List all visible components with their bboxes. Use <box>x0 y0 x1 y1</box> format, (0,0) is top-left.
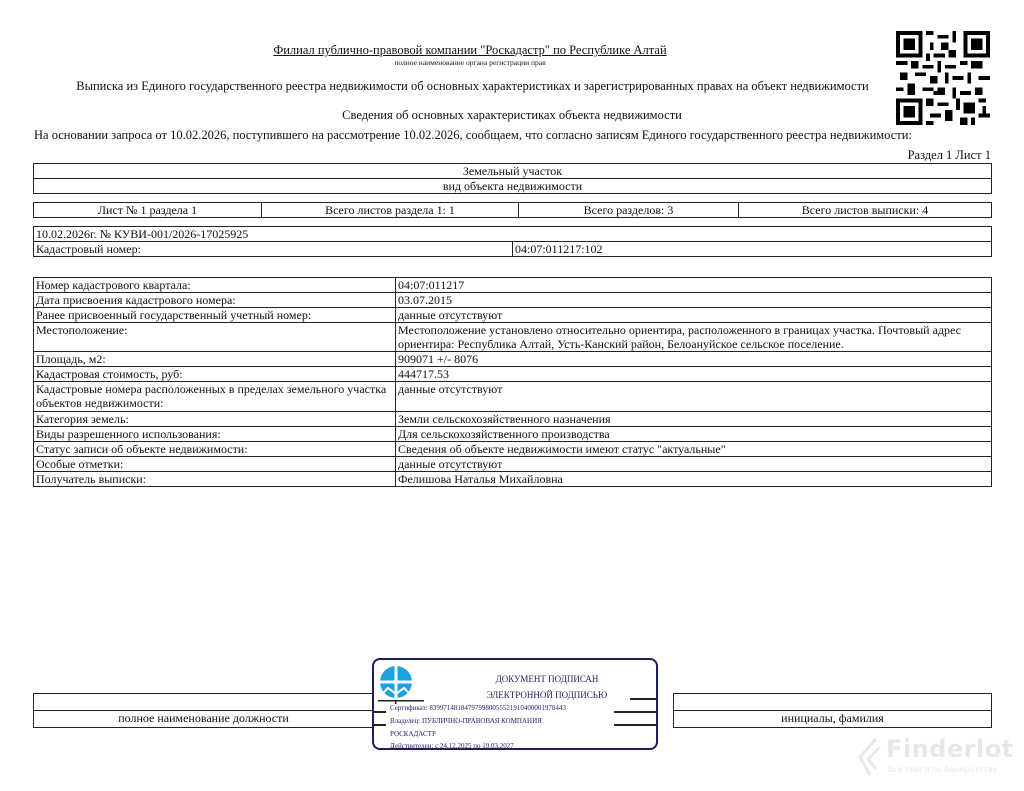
intro-text: На основании запроса от 10.02.2026, пост… <box>34 128 912 143</box>
table-row: Ранее присвоенный государственный учетны… <box>34 308 992 323</box>
row-label: Особые отметки: <box>34 457 396 472</box>
stamp-divider <box>372 724 386 726</box>
table-row: Виды разрешенного использования:Для сель… <box>34 427 992 442</box>
row-value: данные отсутствуют <box>396 382 992 412</box>
row-label: Виды разрешенного использования: <box>34 427 396 442</box>
stamp-owner-cont: РОСКАДАСТР <box>390 730 436 738</box>
name-field <box>674 694 992 711</box>
table-row: Местоположение:Местоположение установлен… <box>34 323 992 352</box>
row-value: данные отсутствуют <box>396 457 992 472</box>
row-label: Номер кадастрового квартала: <box>34 278 396 293</box>
watermark-tagline: Все торги по банкротству <box>888 765 998 774</box>
row-value: Местоположение установлено относительно … <box>396 323 992 352</box>
table-row: Номер кадастрового квартала:04:07:011217 <box>34 278 992 293</box>
row-value: 444717.53 <box>396 367 992 382</box>
object-type-value: Земельный участок <box>34 164 992 179</box>
row-label: Получатель выписки: <box>34 472 396 487</box>
table-row: Кадастровая стоимость, руб:444717.53 <box>34 367 992 382</box>
qr-code-icon <box>896 31 990 125</box>
characteristics-table: Номер кадастрового квартала:04:07:011217… <box>33 277 992 487</box>
row-value: 04:07:011217 <box>396 278 992 293</box>
organization-caption: полное наименование органа регистрации п… <box>0 58 940 67</box>
registration-number: 10.02.2026г. № КУВИ-001/2026-17025925 <box>34 227 992 242</box>
document-title: Выписка из Единого государственного реес… <box>0 79 945 94</box>
stamp-line-1: ДОКУМЕНТ ПОДПИСАН <box>374 674 660 684</box>
stamp-certificate: Сертификат: 8399714818479799800555219104… <box>390 704 566 712</box>
row-value: данные отсутствуют <box>396 308 992 323</box>
organization-name: Филиал публично-правовой компании "Роска… <box>0 43 940 58</box>
electronic-signature-stamp: ДОКУМЕНТ ПОДПИСАН ЭЛЕКТРОННОЙ ПОДПИСЬЮ С… <box>372 658 658 750</box>
table-row: Статус записи об объекте недвижимости:Св… <box>34 442 992 457</box>
row-label: Ранее присвоенный государственный учетны… <box>34 308 396 323</box>
row-value: 03.07.2015 <box>396 293 992 308</box>
row-value: Земли сельскохозяйственного назначения <box>396 412 992 427</box>
table-row: Получатель выписки:Фелишова Наталья Миха… <box>34 472 992 487</box>
stamp-owner: Владелец: ПУБЛИЧНО-ПРАВОВАЯ КОМПАНИЯ <box>390 717 542 725</box>
row-label: Кадастровые номера расположенных в преде… <box>34 382 396 412</box>
stamp-line-2: ЭЛЕКТРОННОЙ ПОДПИСЬЮ <box>374 690 660 700</box>
sheet-number: Лист № 1 раздела 1 <box>34 203 262 218</box>
finderlot-watermark: Finderlot Все торги по банкротству <box>856 733 1016 783</box>
watermark-brand: Finderlot <box>886 735 1014 763</box>
object-type-table: Земельный участок вид объекта недвижимос… <box>33 163 992 194</box>
section-sheets-total: Всего листов раздела 1: 1 <box>262 203 519 218</box>
row-label: Площадь, м2: <box>34 352 396 367</box>
finderlot-logo-icon <box>856 737 886 777</box>
position-caption: полное наименование должности <box>34 711 374 728</box>
table-row: Площадь, м2:909071 +/- 8076 <box>34 352 992 367</box>
stamp-divider <box>614 711 658 713</box>
row-value: Фелишова Наталья Михайловна <box>396 472 992 487</box>
section-title: Сведения об основных характеристиках объ… <box>0 108 1024 123</box>
table-row: Дата присвоения кадастрового номера:03.0… <box>34 293 992 308</box>
row-value: Для сельскохозяйственного производства <box>396 427 992 442</box>
table-row: Категория земель:Земли сельскохозяйствен… <box>34 412 992 427</box>
sheet-reference: Раздел 1 Лист 1 <box>908 148 991 163</box>
stamp-divider <box>614 724 658 726</box>
row-label: Дата присвоения кадастрового номера: <box>34 293 396 308</box>
row-label: Категория земель: <box>34 412 396 427</box>
position-field <box>34 694 374 711</box>
table-row: Особые отметки:данные отсутствуют <box>34 457 992 472</box>
sheets-info-table: Лист № 1 раздела 1 Всего листов раздела … <box>33 202 992 218</box>
row-value: 909071 +/- 8076 <box>396 352 992 367</box>
table-row: Кадастровые номера расположенных в преде… <box>34 382 992 412</box>
sections-total: Всего разделов: 3 <box>519 203 739 218</box>
extract-sheets-total: Всего листов выписки: 4 <box>739 203 992 218</box>
stamp-divider <box>630 698 658 700</box>
row-label: Статус записи об объекте недвижимости: <box>34 442 396 457</box>
row-value: Сведения об объекте недвижимости имеют с… <box>396 442 992 457</box>
row-label: Кадастровая стоимость, руб: <box>34 367 396 382</box>
stamp-validity: Действителен: с 24.12.2025 по 19.03.2027 <box>390 742 514 750</box>
object-type-caption: вид объекта недвижимости <box>34 179 992 194</box>
name-caption: инициалы, фамилия <box>674 711 992 728</box>
row-label: Местоположение: <box>34 323 396 352</box>
registration-table: 10.02.2026г. № КУВИ-001/2026-17025925 Ка… <box>33 226 992 257</box>
cadastral-number-value: 04:07:011217:102 <box>513 242 992 257</box>
stamp-divider <box>372 711 386 713</box>
cadastral-number-label: Кадастровый номер: <box>34 242 513 257</box>
